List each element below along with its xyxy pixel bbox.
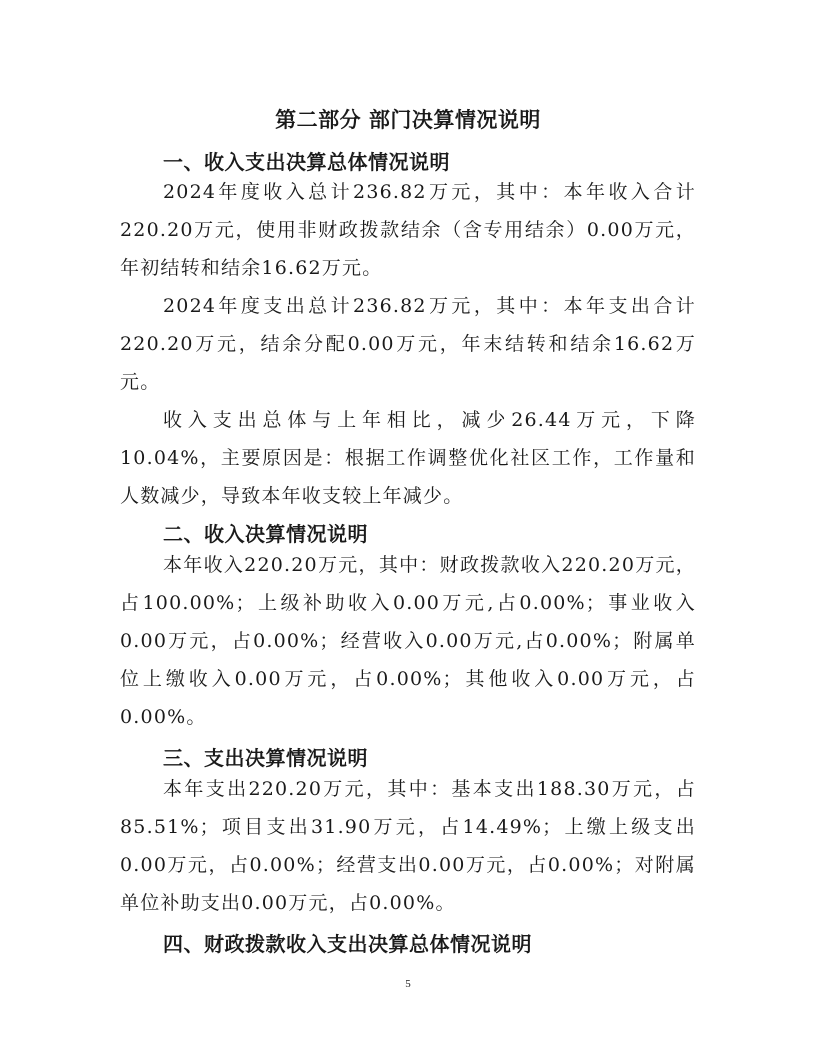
paragraph-expense-total: 2024年度支出总计236.82万元，其中：本年支出合计220.20万元，结余分…	[120, 287, 696, 401]
page-title: 第二部分 部门决算情况说明	[120, 104, 696, 134]
paragraph-income-total: 2024年度收入总计236.82万元，其中：本年收入合计220.20万元，使用非…	[120, 173, 696, 287]
section-heading-4: 四、财政拨款收入支出决算总体情况说明	[163, 928, 532, 957]
section-heading-3: 三、支出决算情况说明	[163, 742, 368, 771]
section-heading-1: 一、收入支出决算总体情况说明	[163, 146, 450, 175]
paragraph-year-comparison: 收入支出总体与上年相比，减少26.44万元，下降10.04%，主要原因是：根据工…	[120, 401, 696, 515]
page-number: 5	[0, 978, 816, 990]
section-heading-2: 二、收入决算情况说明	[163, 518, 368, 547]
paragraph-expense-detail: 本年支出220.20万元，其中：基本支出188.30万元，占85.51%；项目支…	[120, 770, 696, 922]
paragraph-income-detail: 本年收入220.20万元，其中：财政拨款收入220.20万元，占100.00%；…	[120, 546, 696, 736]
